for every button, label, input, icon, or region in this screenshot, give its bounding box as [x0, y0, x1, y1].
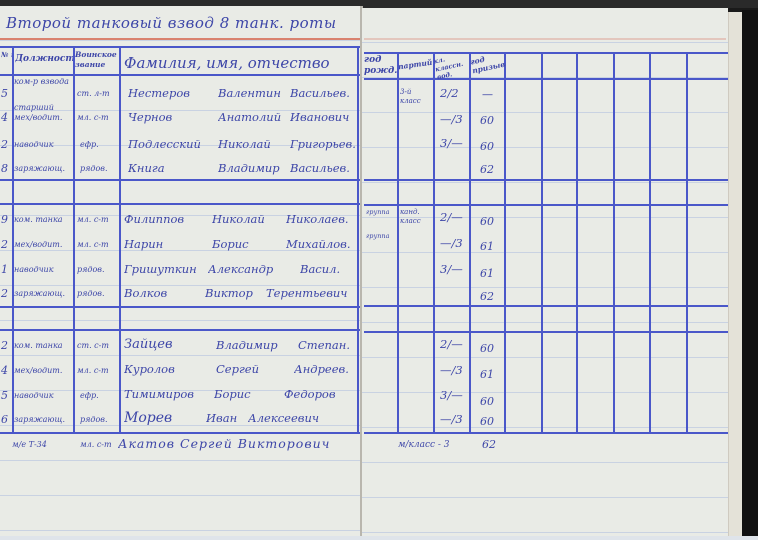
row-first-name: Сергей	[216, 362, 259, 376]
row-position: заряжающ.	[14, 289, 65, 298]
row-first-name: Борис	[212, 237, 249, 251]
row-draft-year: 61	[480, 240, 494, 253]
row-surname: Подлесский	[128, 137, 201, 151]
grid-line	[119, 46, 121, 432]
row-surname: Нестеров	[128, 86, 190, 100]
row-patronymic: Федоров	[284, 387, 336, 401]
row-patronymic: Григорьев.	[290, 137, 356, 151]
row-position: наводчик	[14, 265, 54, 274]
row-rank: ефр.	[80, 140, 99, 149]
grid-line	[433, 52, 435, 432]
row-num: 6	[1, 413, 8, 426]
grid-line	[541, 52, 543, 432]
row-first-name: Анатолий	[218, 110, 281, 124]
row-position: наводчик	[14, 140, 54, 149]
row-num: 5	[1, 389, 8, 402]
footer-rank: мл. с-т	[80, 440, 112, 449]
header-rank: Воинское звание	[75, 50, 119, 70]
row-first-name: Николай	[218, 137, 271, 151]
row-first-name: Владимир	[216, 338, 278, 352]
row-first-name: Александр	[208, 262, 273, 276]
row-patronymic: Васильев.	[290, 161, 350, 175]
header-position: Должность	[15, 54, 73, 64]
row-num: 4	[1, 364, 8, 377]
row-surname: Волков	[124, 286, 167, 300]
row-position: заряжающ.	[14, 164, 65, 173]
row-position: ком. танка	[14, 215, 62, 224]
row-class: —/3	[440, 412, 463, 426]
row-position: ком-р взвода	[14, 77, 72, 87]
footer-draft-year: 62	[482, 438, 496, 451]
row-class: 2/—	[440, 337, 463, 351]
row-first-name: Иван	[206, 411, 237, 425]
row-draft-year: 60	[480, 114, 494, 127]
row-position: мех/водит.	[14, 366, 62, 375]
row-rank: рядов.	[80, 415, 108, 424]
row-rank: ст. с-т	[77, 341, 109, 350]
grid-line	[504, 52, 506, 432]
row-rank: рядов.	[77, 265, 105, 274]
grid-line	[0, 179, 360, 181]
row-rank: мл. с-т	[77, 366, 109, 375]
grid-line	[0, 46, 360, 48]
row-num: 8	[1, 162, 8, 175]
grid-line	[357, 46, 359, 432]
row-class: 3/—	[440, 388, 463, 402]
bottom-edge	[0, 536, 758, 540]
row-num: 2	[1, 138, 8, 151]
row-class: —/3	[440, 236, 463, 250]
row-draft-year: 60	[480, 140, 494, 153]
row-patronymic: Андреев.	[294, 362, 349, 376]
background-edge	[742, 10, 758, 540]
row-surname: Чернов	[128, 110, 172, 124]
row-position: заряжающ.	[14, 415, 65, 424]
grid-line	[364, 179, 728, 181]
grid-line	[0, 203, 360, 205]
row-num: 4	[1, 111, 8, 124]
grid-line	[613, 52, 615, 432]
row-patronymic: Васил.	[300, 262, 340, 276]
footer-name: Акатов Сергей Викторович	[118, 436, 330, 451]
row-class: 2/—	[440, 210, 463, 224]
footer-code: м/е Т-34	[12, 440, 47, 449]
row-position: мех/водит.	[14, 240, 62, 249]
row-class: —/3	[440, 363, 463, 377]
row-surname: Книга	[128, 161, 165, 175]
row-surname: Нарин	[124, 237, 163, 251]
header-name: Фамилия, имя, отчество	[124, 54, 356, 72]
row-surname: Филиппов	[124, 212, 184, 226]
row-rank: мл. с-т	[77, 240, 109, 249]
header-num: № п/п	[1, 50, 12, 59]
row-first-name: Николай	[212, 212, 265, 226]
row-class: —/3	[440, 112, 463, 126]
row-draft-year: 60	[480, 395, 494, 408]
row-surname: Гришуткин	[124, 262, 197, 276]
row-rank: ефр.	[80, 391, 99, 400]
row-num: 2	[1, 287, 8, 300]
row-position: ком. танка	[14, 341, 62, 350]
row-patronymic: Иванович	[290, 110, 349, 124]
header-birth-year: год рожд.	[364, 55, 397, 77]
grid-line	[469, 52, 471, 432]
red-margin-line	[0, 38, 360, 40]
row-patronymic: Васильев.	[290, 86, 350, 100]
grid-line	[686, 52, 688, 432]
row-first-name: Борис	[214, 387, 251, 401]
row-draft-year: 62	[480, 163, 494, 176]
row-surname: Морев	[124, 410, 172, 426]
row-num: 2	[1, 339, 8, 352]
row-class: 3/—	[440, 262, 463, 276]
row-party: канд. класс	[400, 208, 432, 226]
row-birth-year: группа	[366, 208, 389, 216]
row-rank: рядов.	[80, 164, 108, 173]
row-position: наводчик	[14, 391, 54, 400]
row-draft-year: 60	[480, 215, 494, 228]
row-surname: Куролов	[124, 362, 175, 376]
grid-line	[0, 329, 360, 331]
page-title: Второй танковый взвод 8 танк. роты	[6, 14, 337, 32]
grid-line	[364, 331, 728, 333]
row-surname: Тимимиров	[124, 387, 194, 401]
row-rank: мл. с-т	[77, 113, 109, 122]
grid-line	[364, 78, 728, 80]
row-patronymic: Терентьевич	[266, 286, 358, 300]
row-rank: ст. л-т	[77, 89, 110, 98]
grid-line	[364, 52, 728, 54]
row-party: 3-й класс	[400, 88, 432, 106]
row-class: 3/—	[440, 136, 463, 150]
grid-line	[0, 306, 360, 308]
row-birth-year: группа	[366, 232, 389, 240]
row-draft-year: 61	[480, 267, 494, 280]
red-margin-line	[364, 38, 726, 40]
row-draft-year: —	[482, 88, 493, 101]
row-draft-year: 61	[480, 368, 494, 381]
grid-line	[364, 432, 728, 434]
row-draft-year: 60	[480, 415, 494, 428]
grid-line	[364, 305, 728, 307]
grid-line	[364, 204, 728, 206]
row-num: 5	[1, 87, 8, 100]
row-patronymic: Николаев.	[286, 212, 349, 226]
grid-line	[0, 432, 360, 434]
row-patronymic: Михайлов.	[286, 237, 351, 251]
row-first-name: Виктор	[205, 286, 253, 300]
row-position: старший мех/водит.	[14, 103, 72, 123]
row-surname: Зайцев	[124, 337, 173, 352]
row-rank: мл. с-т	[77, 215, 109, 224]
row-rank: рядов.	[77, 289, 105, 298]
grid-line	[649, 52, 651, 432]
footer-class: м/класс - 3	[398, 440, 450, 450]
row-num: 2	[1, 238, 8, 251]
grid-line	[0, 74, 360, 76]
row-draft-year: 60	[480, 342, 494, 355]
row-draft-year: 62	[480, 290, 494, 303]
row-class: 2/2	[440, 86, 459, 100]
row-patronymic: Алексеевич	[248, 411, 358, 425]
grid-line	[73, 46, 75, 432]
row-num: 1	[1, 263, 8, 276]
row-patronymic: Степан.	[298, 338, 350, 352]
row-num: 9	[1, 213, 8, 226]
row-first-name: Валентин	[218, 86, 281, 100]
grid-line	[397, 52, 399, 432]
grid-line	[576, 52, 578, 432]
row-first-name: Владимир	[218, 161, 280, 175]
